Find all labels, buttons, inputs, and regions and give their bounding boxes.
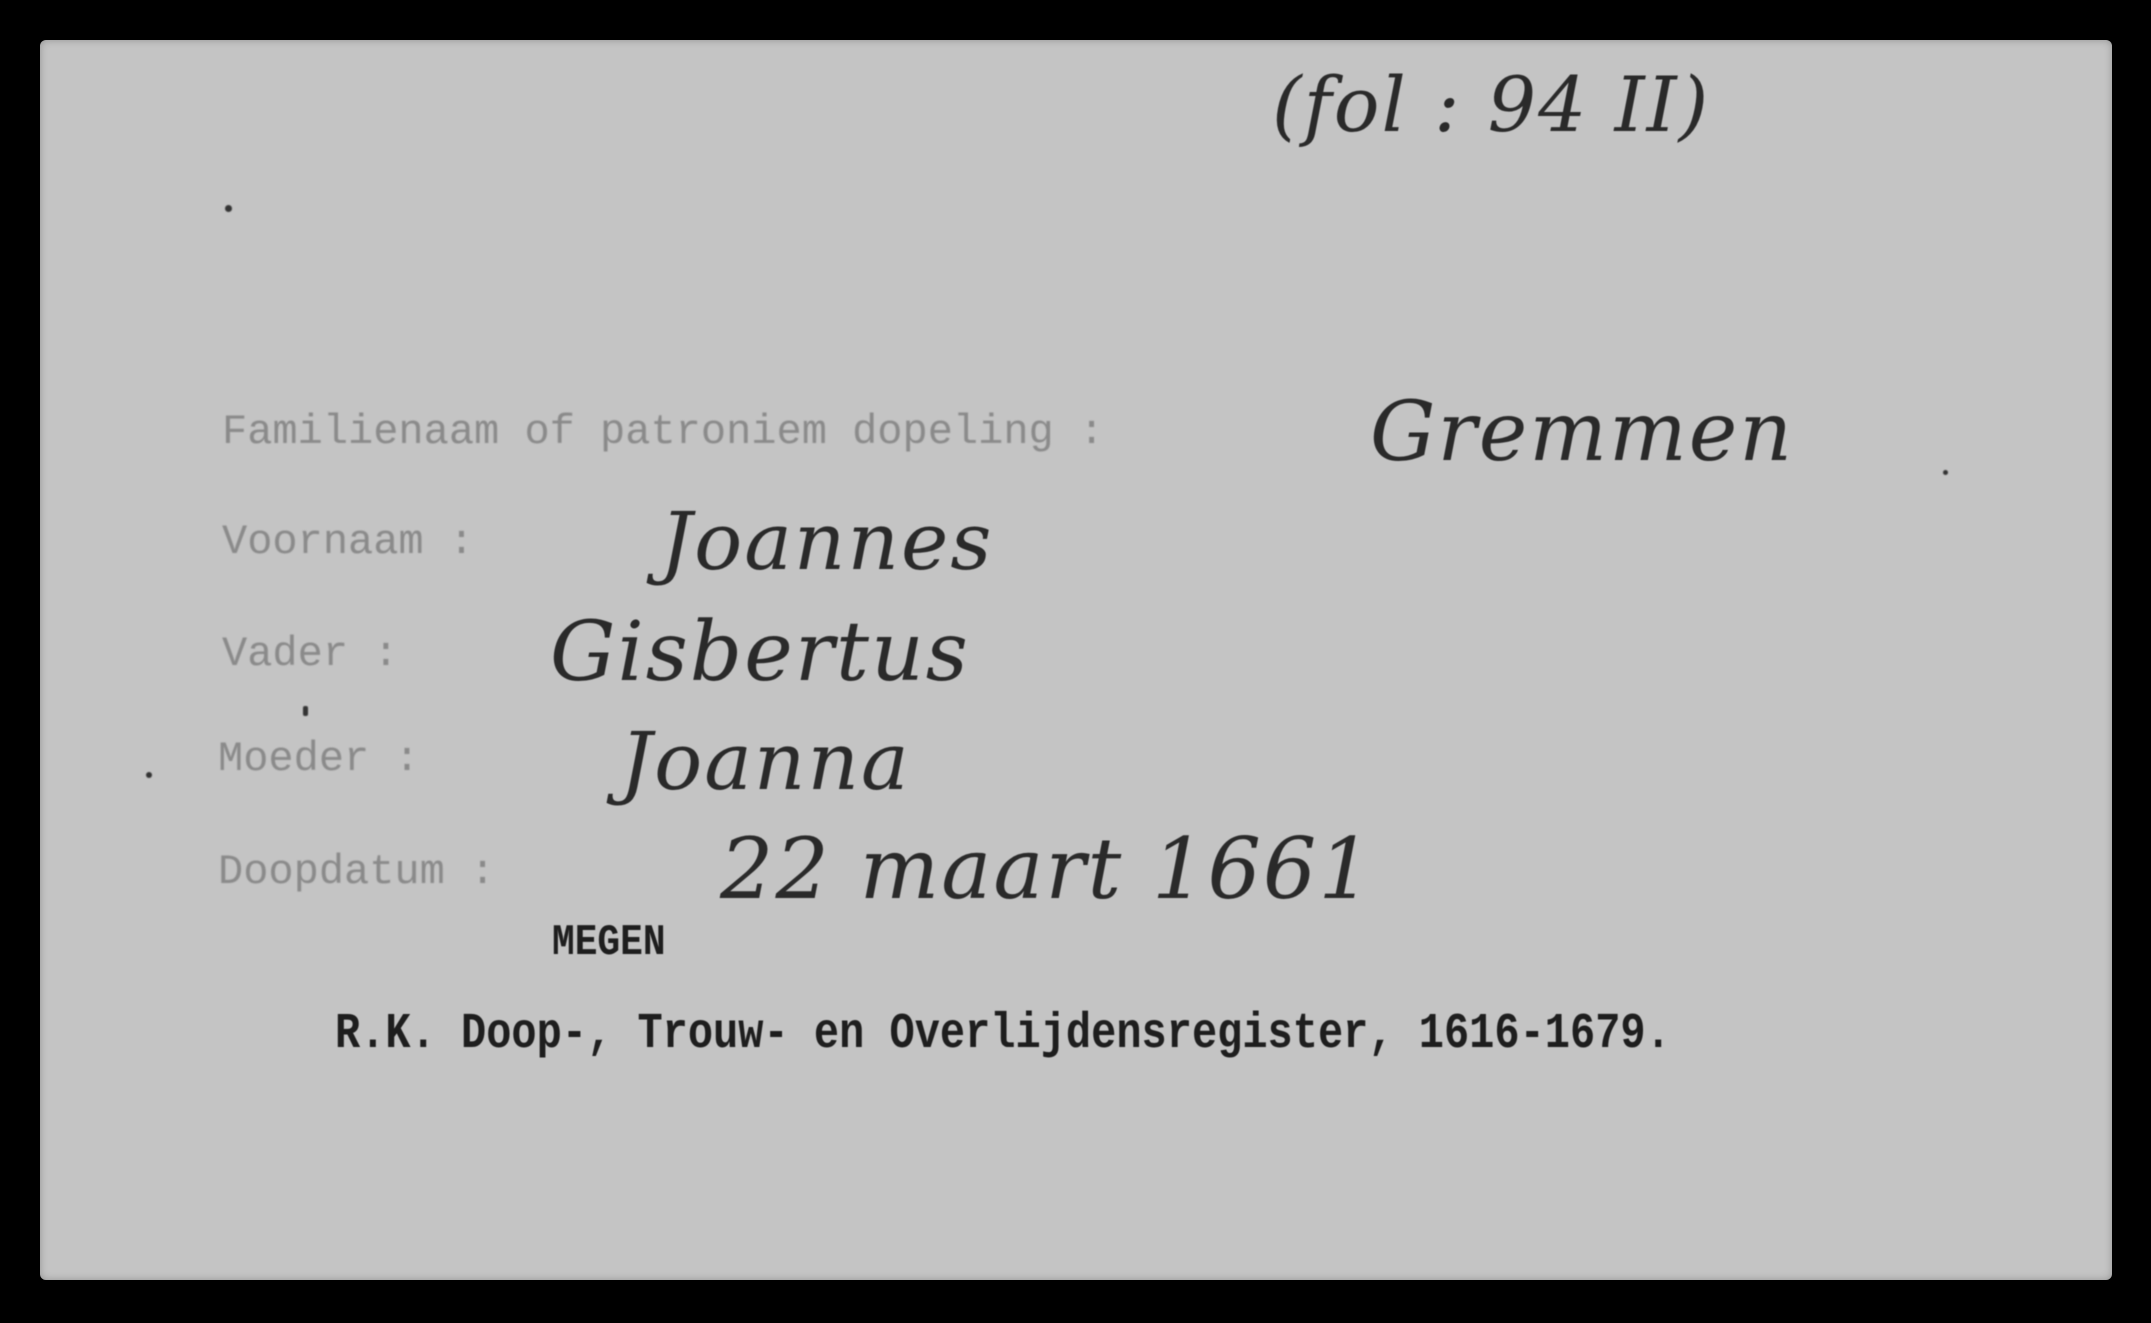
speck-dot [1943,470,1948,475]
field-value-familienaam: Gremmen [1370,385,1794,480]
field-value-doopdatum: 22 maart 1661 [720,820,1374,918]
speck-dot [146,772,152,778]
field-label-doopdatum: Doopdatum : [218,848,495,896]
field-label-vader: Vader : [222,630,398,678]
folio-note: (fol : 94 II) [1272,60,1710,149]
speck-dot [225,205,232,212]
field-label-moeder: Moeder : [218,735,420,783]
source-register: R.K. Doop-, Trouw- en Overlijdensregiste… [335,1006,1671,1063]
field-value-moeder: Joanna [620,715,911,808]
field-label-voornaam: Voornaam : [222,518,474,566]
place-name: MEGEN [552,918,666,968]
field-value-vader: Gisbertus [550,605,970,700]
index-card: (fol : 94 II) Familienaam of patroniem d… [40,40,2112,1280]
speck-dot [303,706,308,716]
field-value-voornaam: Joannes [660,495,993,588]
field-label-familienaam: Familienaam of patroniem dopeling : [222,408,1104,456]
